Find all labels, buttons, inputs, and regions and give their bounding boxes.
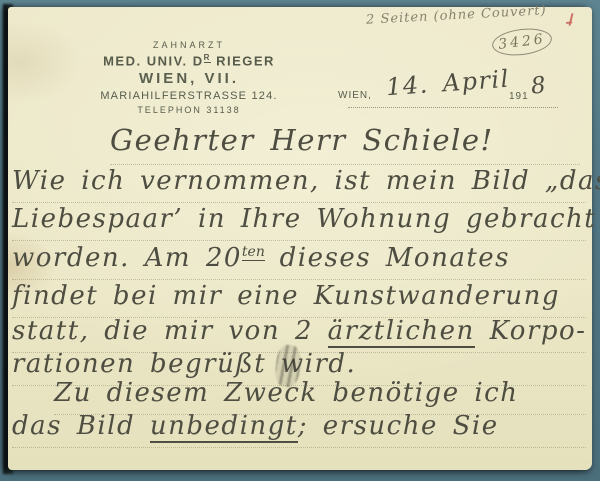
line-text: das Bild: [12, 411, 150, 441]
letter-line-8: das Bild unbedingt; ersuche Sie: [12, 411, 586, 448]
letter-line-1: Wie ich vernommen, ist mein Bild „das: [12, 166, 586, 203]
pencil-note: 2 Seiten (ohne Couvert): [366, 3, 547, 27]
catalog-number: 3426: [497, 31, 546, 53]
line-text: dieses Monates: [265, 243, 510, 273]
letterhead-phone: TELEPHON 31138: [86, 105, 292, 115]
letterhead-name-post: RIEGER: [211, 53, 275, 68]
letterhead-name-sup: R: [204, 53, 211, 63]
letterhead: ZAHNARZT MED. UNIV. DR RIEGER WIEN, VII.…: [86, 40, 292, 115]
letter-line-3: worden. Am 20ten dieses Monates: [12, 243, 586, 280]
line-text: statt, die mir von 2: [12, 316, 328, 346]
letter-line-7: Zu diesem Zweck benötige ich: [54, 378, 586, 415]
line-sup: ten: [242, 244, 265, 261]
letterhead-street: MARIAHILFERSTRASSE 124.: [86, 90, 292, 102]
letter-line-2: Liebespaar’ in Ihre Wohnung gebracht: [12, 204, 586, 241]
letter-line-5: statt, die mir von 2 ärztlichen Korpo-: [12, 316, 586, 353]
line-text: rationen begrüßt wird.: [12, 349, 356, 379]
dateline-year-handwritten: 8: [530, 72, 549, 100]
catalog-number-circle: 3426: [491, 25, 554, 58]
letterhead-profession: ZAHNARZT: [86, 40, 292, 50]
letterhead-name-pre: MED. UNIV. D: [103, 53, 204, 68]
dateline-place: WIEN,: [338, 90, 372, 101]
red-tick-mark: [568, 13, 573, 26]
letter-paper: ZAHNARZT MED. UNIV. DR RIEGER WIEN, VII.…: [8, 7, 592, 470]
line-text: ; ersuche Sie: [298, 411, 499, 441]
line-text: Liebespaar’ in Ihre Wohnung gebracht: [12, 204, 596, 234]
dateline-year-printed: 191: [509, 91, 529, 102]
letter-line-4: findet bei mir eine Kunstwanderung: [12, 281, 586, 318]
letterhead-city: WIEN, VII.: [86, 70, 292, 87]
letterhead-name: MED. UNIV. DR RIEGER: [86, 53, 292, 68]
line-text: Korpo-: [475, 316, 587, 346]
line-underlined: unbedingt: [150, 411, 298, 443]
letter-scan: ZAHNARZT MED. UNIV. DR RIEGER WIEN, VII.…: [0, 0, 600, 481]
line-text: Wie ich vernommen, ist mein Bild „das: [12, 166, 600, 196]
line-text: findet bei mir eine Kunstwanderung: [12, 281, 560, 311]
letter-salutation: Geehrter Herr Schiele!: [110, 123, 580, 165]
line-underlined: ärztlichen: [328, 316, 475, 348]
line-text: worden. Am 20: [12, 243, 242, 273]
